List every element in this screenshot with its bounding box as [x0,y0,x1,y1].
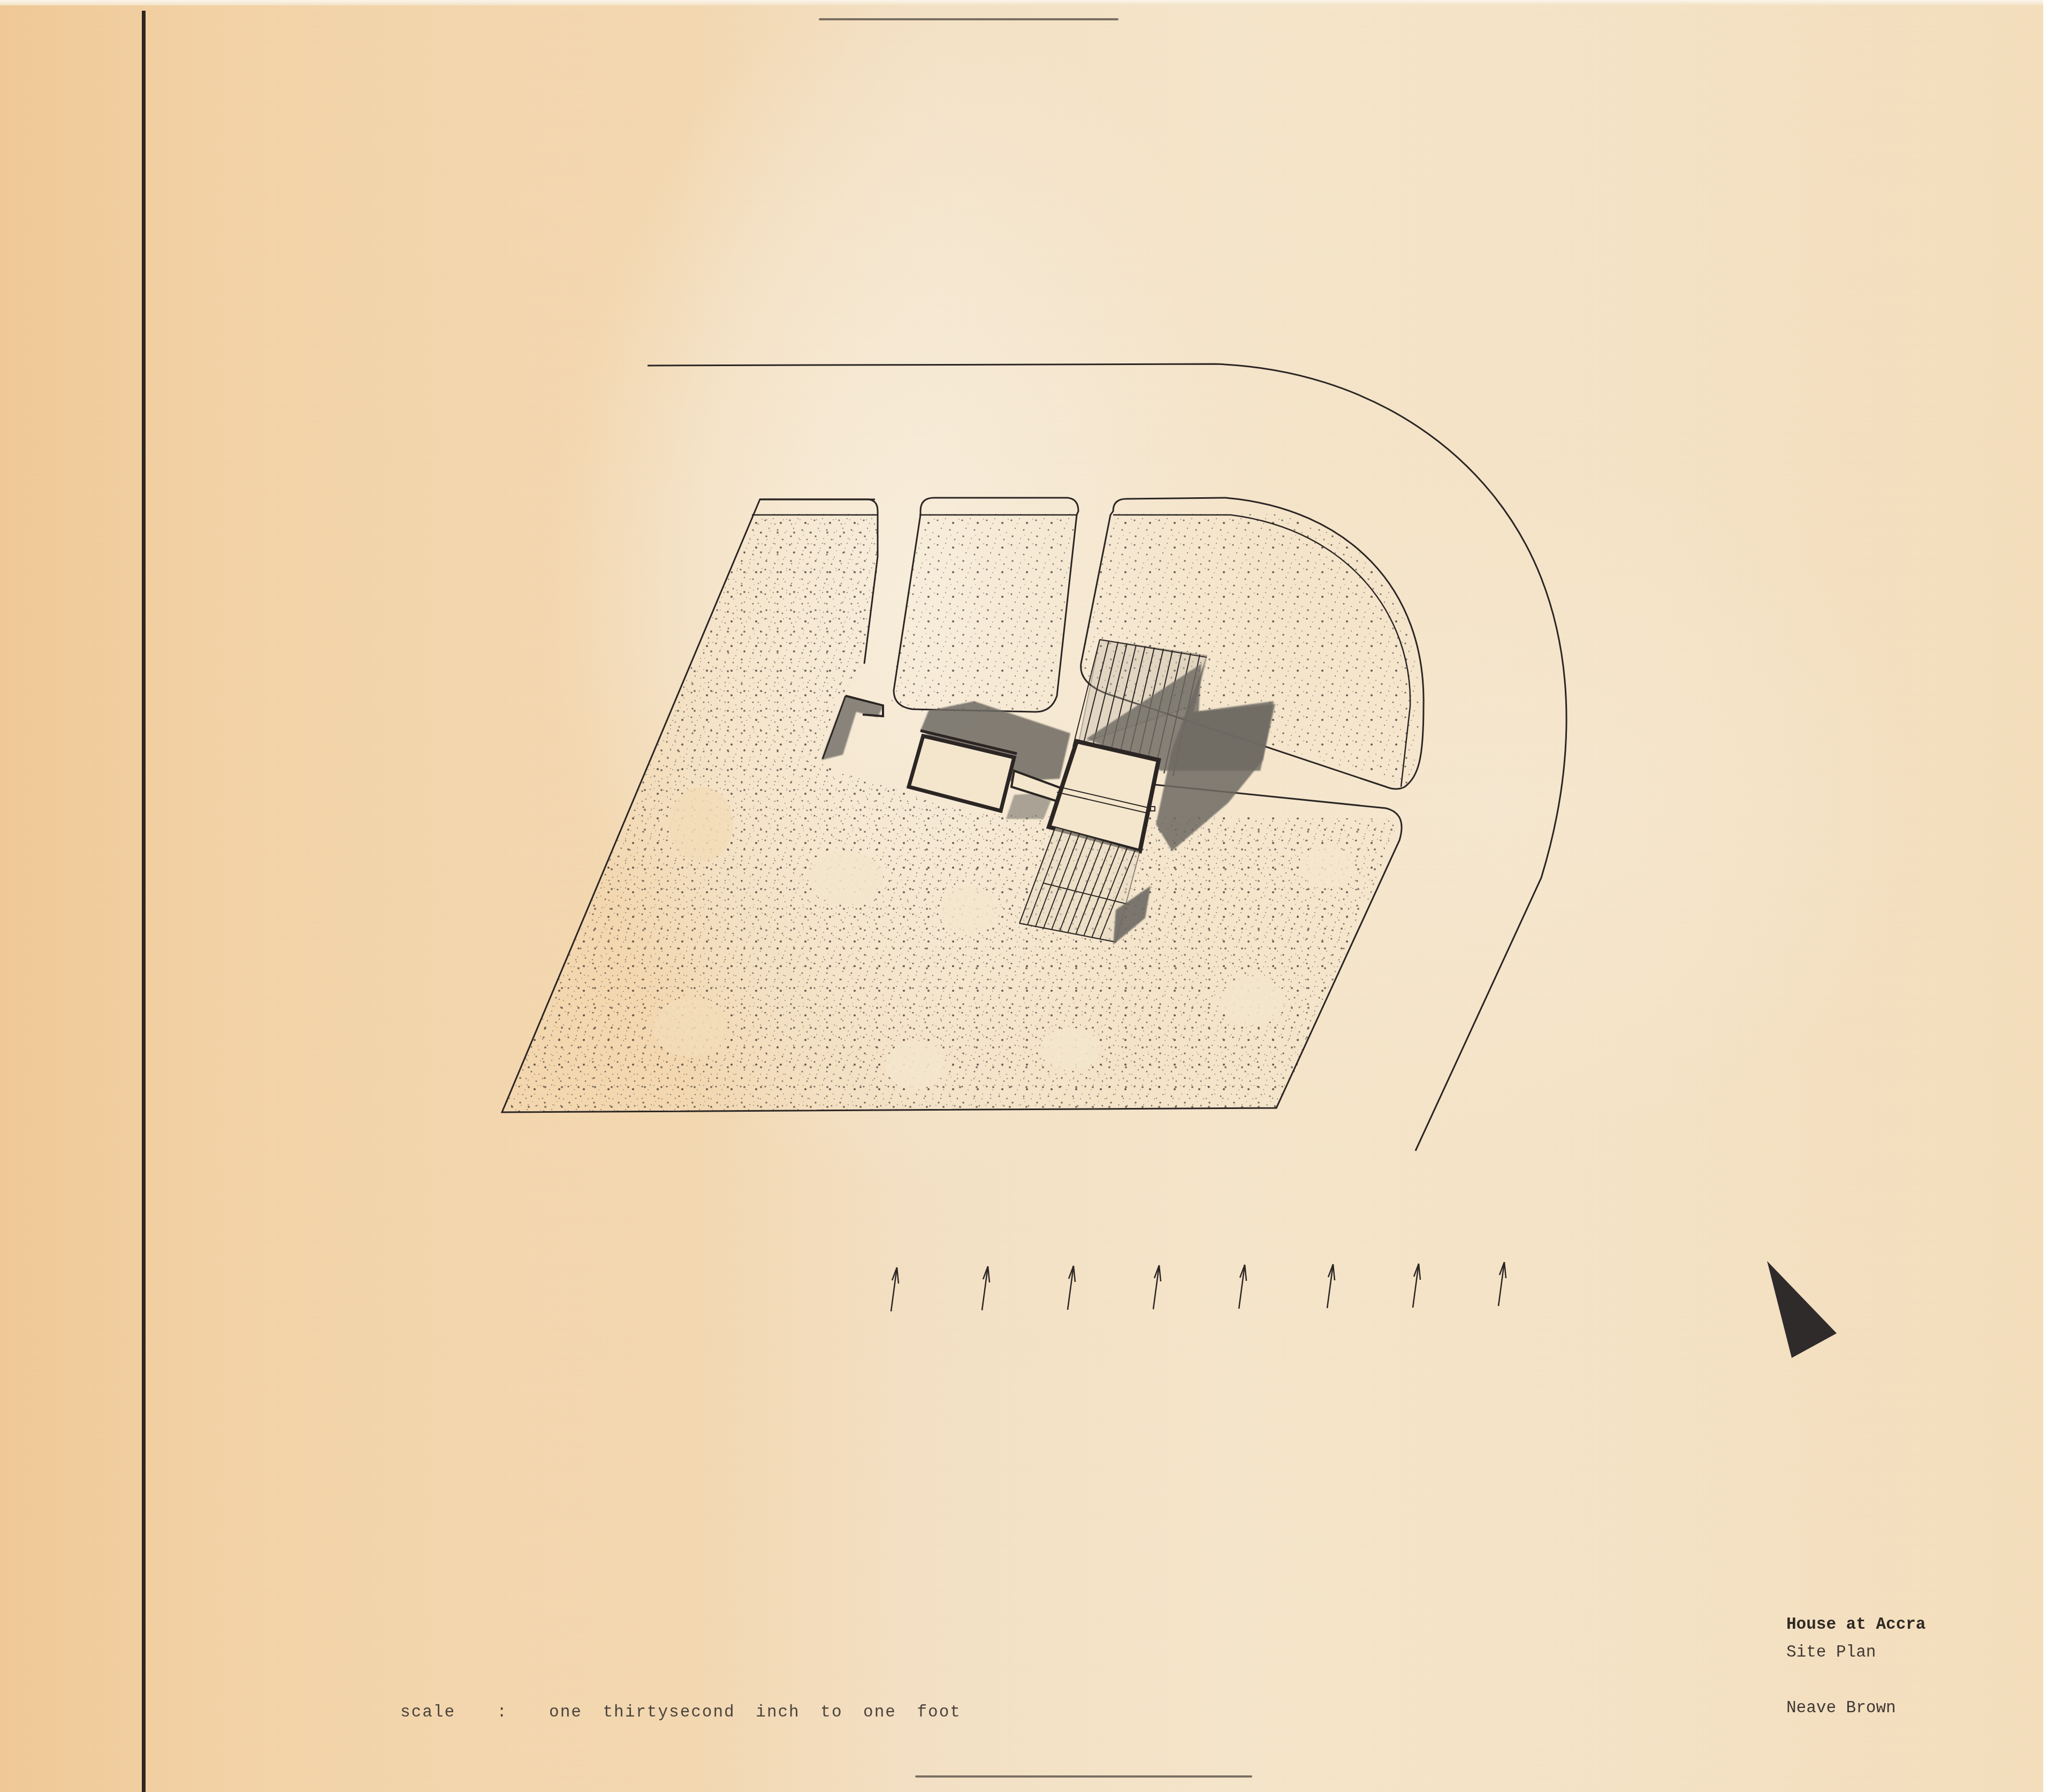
site-plan-drawing [0,0,2055,1792]
north-arrow-icon [1767,1261,1837,1358]
arrow-up-icon [982,1266,990,1310]
arrow-up-icon [1498,1262,1506,1306]
arrow-up-icon [891,1267,899,1311]
drawing-title: House at Accra [1786,1611,1925,1639]
drawing-subtitle: Site Plan [1786,1639,1925,1667]
arrow-up-icon [1413,1264,1420,1308]
author-name: Neave Brown [1786,1695,1925,1722]
arrow-up-icon [1327,1264,1335,1308]
wind-arrows [891,1262,1506,1311]
arrow-up-icon [1153,1265,1161,1309]
scale-note: scale : one thirtysecond inch to one foo… [400,1703,961,1722]
arrow-up-icon [1068,1266,1075,1310]
title-block: House at Accra Site Plan Neave Brown [1786,1611,1925,1722]
title-spacer [1786,1667,1925,1695]
site-parcel [503,514,1419,1112]
arrow-up-icon [1239,1265,1246,1309]
